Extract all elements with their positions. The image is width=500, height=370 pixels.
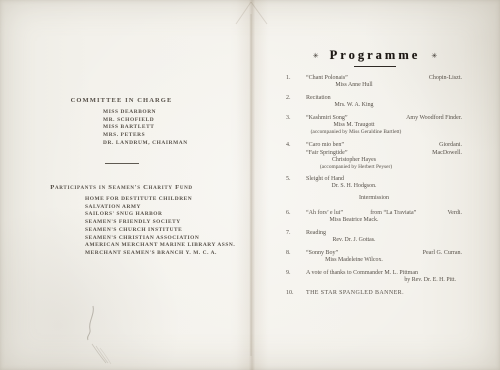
programme-item-line: 8.“Sonny Boy”Pearl G. Curran. xyxy=(286,249,462,257)
programme-item: 1.“Chant Polonais”Chopin-Liszt.Miss Anne… xyxy=(286,74,462,89)
intermission-label: Intermission xyxy=(286,195,462,202)
item-number: 7. xyxy=(286,229,306,237)
item-number: 8. xyxy=(286,249,306,257)
programme-item: 8.“Sonny Boy”Pearl G. Curran.Miss Madele… xyxy=(286,249,462,264)
participant-org: SAILORS' SNUG HARBOR xyxy=(85,211,235,219)
programme-header: ✳ Programme ✳ xyxy=(290,48,460,63)
item-accompanist-note: (accompanied by Miss Geraldine Bartlett) xyxy=(286,129,462,136)
item-title: A vote of thanks to Commander M. L. Pitt… xyxy=(306,269,418,277)
item-number: 6. xyxy=(286,209,306,217)
scanned-programme-page: COMMITTEE IN CHARGE MISS DEARBORNMR. SCH… xyxy=(0,0,500,370)
item-composer: Verdi. xyxy=(444,209,463,217)
item-title: “Sonny Boy” xyxy=(306,249,338,257)
item-title: Reading xyxy=(306,229,326,237)
item-title: “Caro mio ben” xyxy=(306,141,344,149)
participant-org: HOME FOR DESTITUTE CHILDREN xyxy=(85,196,235,204)
programme-item-line: 7.Reading xyxy=(286,229,462,237)
participant-org: MERCHANT SEAMEN'S BRANCH Y. M. C. A. xyxy=(85,250,235,258)
item-composer: MacDowell. xyxy=(428,149,462,157)
item-performer: Miss Anne Hull xyxy=(286,82,462,89)
item-title: Sleight of Hand xyxy=(306,175,344,183)
programme-item: 6.“Ah fors’ e lui”from “La Traviata”Verd… xyxy=(286,209,462,224)
committee-member-list: MISS DEARBORNMR. SCHOFIELDMISS BARTLETTM… xyxy=(103,109,188,148)
participant-org: SEAMEN'S CHRISTIAN ASSOCIATION xyxy=(85,235,235,243)
programme-item-line: 1.“Chant Polonais”Chopin-Liszt. xyxy=(286,74,462,82)
programme-item-line: “Fair Springtide”MacDowell. xyxy=(286,149,462,157)
programme-item: 5.Sleight of HandDr. S. H. Hodgson. xyxy=(286,175,462,190)
item-title: THE STAR SPANGLED BANNER. xyxy=(306,289,404,297)
item-composer: Giordani. xyxy=(435,141,462,149)
programme-title-underline xyxy=(354,66,396,67)
ornament-star-icon: ✳ xyxy=(431,52,437,60)
programme-list: 1.“Chant Polonais”Chopin-Liszt.Miss Anne… xyxy=(286,74,462,302)
programme-item-line: 6.“Ah fors’ e lui”from “La Traviata”Verd… xyxy=(286,209,462,217)
participant-org: SEAMEN'S CHURCH INSTITUTE xyxy=(85,227,235,235)
programme-title: Programme xyxy=(330,48,421,63)
item-composer: Pearl G. Curran. xyxy=(419,249,462,257)
participants-list: HOME FOR DESTITUTE CHILDRENSALVATION ARM… xyxy=(85,196,235,258)
item-number: 9. xyxy=(286,269,306,277)
item-performer: Christopher Hayes xyxy=(286,157,462,164)
participant-org: SALVATION ARMY xyxy=(85,204,235,212)
committee-member: MRS. PETERS xyxy=(103,132,188,140)
item-title: Recitation xyxy=(306,94,331,102)
programme-item: 9.A vote of thanks to Commander M. L. Pi… xyxy=(286,269,462,284)
item-title: “Chant Polonais” xyxy=(306,74,348,82)
programme-item: 2.RecitationMrs. W. A. King xyxy=(286,94,462,109)
ornament-star-icon: ✳ xyxy=(313,52,319,60)
programme-item-line: 3.“Kashmiri Song”Amy Woodford Finder. xyxy=(286,114,462,122)
item-title: “Ah fors’ e lui” xyxy=(306,209,343,217)
item-number: 3. xyxy=(286,114,306,122)
item-composer: Amy Woodford Finder. xyxy=(402,114,462,122)
programme-item-line: 10.THE STAR SPANGLED BANNER. xyxy=(286,289,462,297)
item-number: 4. xyxy=(286,141,306,149)
programme-item-line: 5.Sleight of Hand xyxy=(286,175,462,183)
item-performer: Miss Madeleine Wilcox. xyxy=(286,257,462,264)
programme-item: 7.ReadingRev. Dr. J. Gottas. xyxy=(286,229,462,244)
committee-member: DR. LANDRUM, CHAIRMAN xyxy=(103,140,188,148)
programme-item: 4.“Caro mio ben”Giordani.“Fair Springtid… xyxy=(286,141,462,171)
item-title: “Fair Springtide” xyxy=(306,149,348,157)
item-number: 5. xyxy=(286,175,306,183)
programme-item-line: 4.“Caro mio ben”Giordani. xyxy=(286,141,462,149)
committee-member: MR. SCHOFIELD xyxy=(103,117,188,125)
committee-member: MISS DEARBORN xyxy=(103,109,188,117)
item-performer: Mrs. W. A. King xyxy=(286,102,462,109)
committee-member: MISS BARTLETT xyxy=(103,124,188,132)
divider-rule xyxy=(105,163,139,164)
item-performer: Rev. Dr. J. Gottas. xyxy=(286,237,462,244)
item-accompanist-note: (accompanied by Herbert Peyser) xyxy=(286,164,462,171)
item-performer: Miss Beatrice Mack. xyxy=(286,217,462,224)
item-performer: by Rev. Dr. E. H. Pitt. xyxy=(286,277,462,284)
programme-item: 3.“Kashmiri Song”Amy Woodford Finder.Mis… xyxy=(286,114,462,136)
item-number: 1. xyxy=(286,74,306,82)
item-number: 2. xyxy=(286,94,306,102)
programme-item: 10.THE STAR SPANGLED BANNER. xyxy=(286,289,462,297)
item-performer: Miss M. Traugott xyxy=(286,122,462,129)
participant-org: SEAMEN'S FRIENDLY SOCIETY xyxy=(85,219,235,227)
item-performer: Dr. S. H. Hodgson. xyxy=(286,183,462,190)
item-composer: Chopin-Liszt. xyxy=(425,74,462,82)
committee-title: COMMITTEE IN CHARGE xyxy=(0,97,243,104)
programme-item-line: 9.A vote of thanks to Commander M. L. Pi… xyxy=(286,269,462,277)
participant-org: AMERICAN MERCHANT MARINE LIBRARY ASSN. xyxy=(85,242,235,250)
item-number: 10. xyxy=(286,289,306,297)
participants-title: Participants in Seamen's Charity Fund xyxy=(0,184,243,191)
item-subtitle: from “La Traviata” xyxy=(343,209,443,217)
programme-item-line: 2.Recitation xyxy=(286,94,462,102)
item-title: “Kashmiri Song” xyxy=(306,114,348,122)
